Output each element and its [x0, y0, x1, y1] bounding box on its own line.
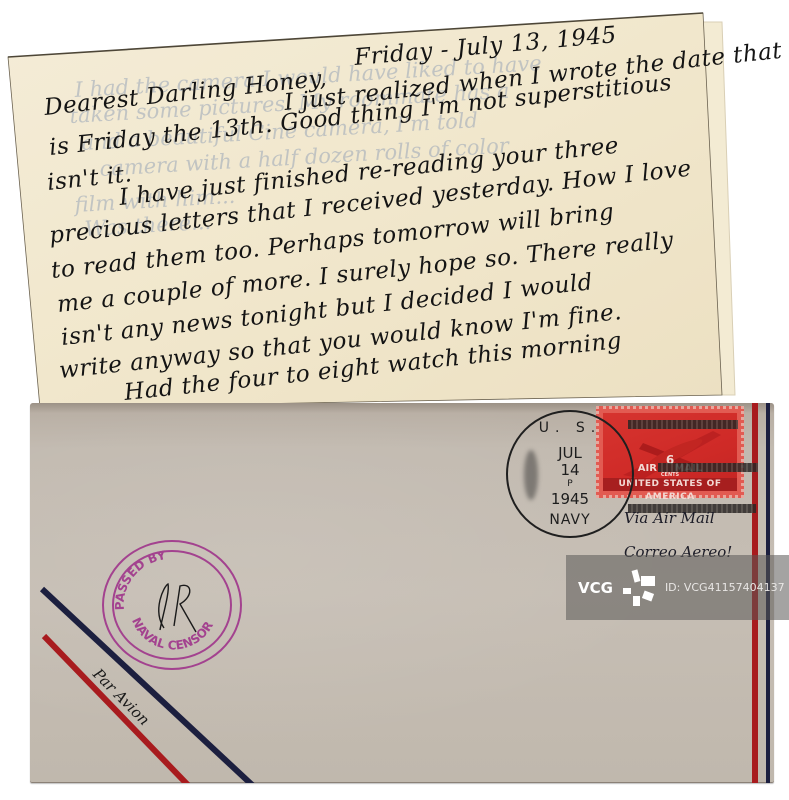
- via-air-mail-label: Via Air Mail: [624, 509, 715, 527]
- censor-stamp-text: PASSED BY NAVAL CENSOR: [102, 540, 242, 670]
- cancel-bar: [628, 420, 738, 429]
- naval-censor-stamp: PASSED BY NAVAL CENSOR: [102, 540, 242, 670]
- vcg-burst-icon: [619, 568, 659, 608]
- vcg-logo: VCG: [578, 579, 613, 597]
- svg-text:NAVAL CENSOR: NAVAL CENSOR: [129, 615, 216, 652]
- svg-text:PASSED BY: PASSED BY: [113, 548, 168, 610]
- vcg-image-id: ID: VCG41157404137: [665, 581, 785, 594]
- cancel-bar: [658, 463, 758, 472]
- censor-initials-signature: [159, 584, 196, 632]
- vcg-watermark: VCG ID: VCG41157404137: [566, 555, 789, 620]
- postmark-smudge: [524, 450, 538, 500]
- navy-postmark: U. S. JUL 14 P 1945 NAVY: [506, 410, 634, 538]
